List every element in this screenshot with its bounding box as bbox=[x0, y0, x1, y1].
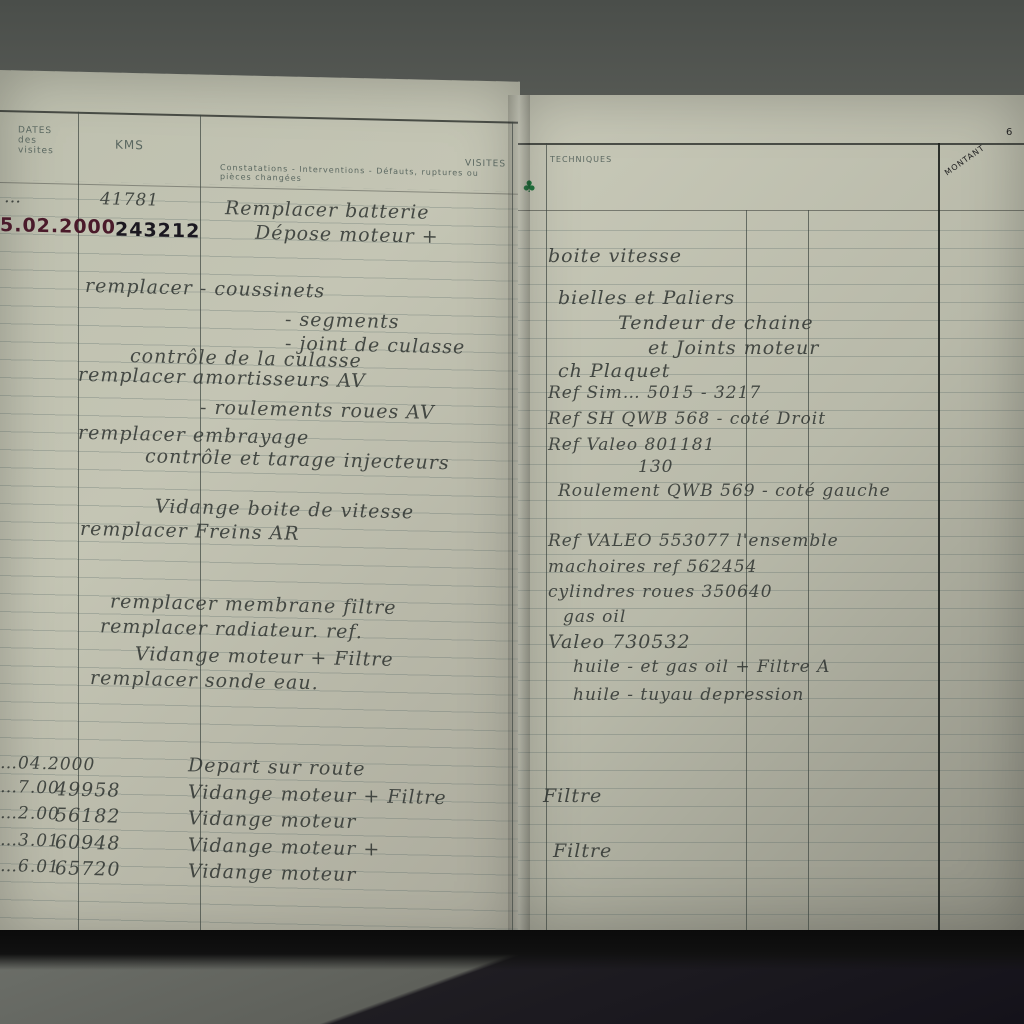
header-dates: DATES des visites bbox=[18, 125, 68, 156]
margin-divider bbox=[546, 143, 547, 930]
header-kms: KMS bbox=[115, 138, 144, 153]
entry-date: …3.01 bbox=[0, 830, 60, 851]
right-page: 6 TECHNIQUES MONTANT ♣ boite vitesse bie… bbox=[518, 95, 1024, 930]
header-bottom-rule bbox=[518, 210, 1024, 211]
entry-kms: 41781 bbox=[100, 189, 159, 210]
entry-text: machoires ref 562454 bbox=[548, 557, 758, 577]
entry-text: et Joints moteur bbox=[648, 337, 819, 359]
entry-text: Ref Sim… 5015 - 3217 bbox=[548, 383, 761, 403]
entry-text: Dépose moteur + bbox=[255, 222, 439, 248]
entry-date: …6.01 bbox=[0, 856, 60, 877]
header-top-rule bbox=[518, 143, 1024, 145]
entry-date: 5.02.2000 bbox=[0, 214, 116, 239]
entry-text: Ref Valeo 801181 bbox=[548, 435, 715, 455]
entry-text: Filtre bbox=[553, 840, 612, 862]
entry-date: … bbox=[4, 187, 22, 207]
entry-text: gas oil bbox=[563, 607, 626, 627]
entry-text: boite vitesse bbox=[548, 245, 682, 267]
montant-column-divider bbox=[938, 143, 940, 930]
entry-kms: 60948 bbox=[55, 831, 120, 854]
header-techniques: TECHNIQUES bbox=[550, 155, 612, 164]
entry-text: Vidange moteur bbox=[188, 860, 356, 886]
entry-text: Remplacer batterie bbox=[225, 197, 430, 224]
entry-kms: 65720 bbox=[55, 857, 120, 880]
entry-kms: 49958 bbox=[55, 778, 120, 801]
entry-kms: 56182 bbox=[55, 804, 120, 827]
entry-text: Roulement QWB 569 - coté gauche bbox=[558, 481, 891, 501]
entry-text: Vidange moteur + bbox=[188, 834, 380, 860]
entry-date: …04.2000 bbox=[0, 753, 95, 775]
entry-kms: 243212 bbox=[115, 219, 200, 243]
entry-text: bielles et Paliers bbox=[558, 287, 735, 309]
left-page: DATES des visites KMS Constatations - In… bbox=[0, 70, 520, 952]
entry-text: - segments bbox=[285, 308, 400, 333]
entry-text: ch Plaquet bbox=[558, 360, 670, 382]
entry-text: Vidange moteur bbox=[188, 807, 356, 833]
entry-date: …2.00 bbox=[0, 803, 60, 824]
header-visites: VISITES bbox=[465, 159, 506, 170]
entry-text: Valeo 730532 bbox=[548, 631, 691, 653]
page-number: 6 bbox=[1006, 127, 1013, 138]
entry-text: Tendeur de chaine bbox=[618, 312, 814, 334]
entry-text: Ref SH QWB 568 - coté Droit bbox=[548, 409, 826, 429]
entry-text: huile - et gas oil + Filtre A bbox=[573, 657, 830, 677]
entry-text: Depart sur route bbox=[188, 754, 365, 780]
book-gutter bbox=[508, 95, 530, 935]
book-edge-shadow bbox=[0, 930, 1024, 970]
entry-text: cylindres roues 350640 bbox=[548, 582, 773, 602]
entry-text: Ref VALEO 553077 l'ensemble bbox=[548, 531, 839, 551]
entry-text: Filtre bbox=[543, 785, 602, 807]
header-montant: MONTANT bbox=[943, 143, 986, 177]
entry-text: 130 bbox=[638, 457, 673, 477]
entry-text: huile - tuyau depression bbox=[573, 685, 804, 705]
entry-date: …7.00 bbox=[0, 777, 60, 798]
